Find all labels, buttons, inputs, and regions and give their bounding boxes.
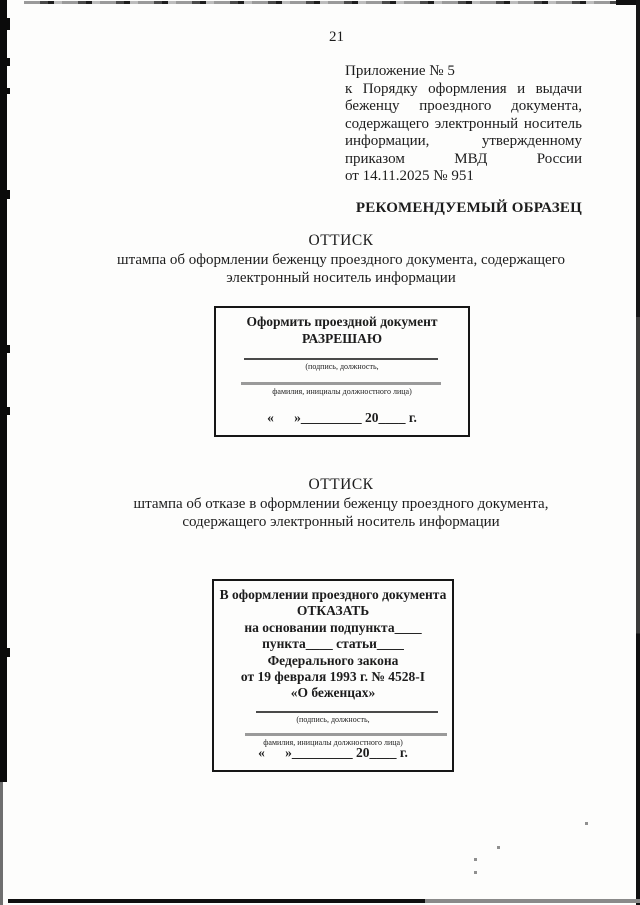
scan-notch [6, 58, 10, 66]
stamp2-line: В оформлении проездного документа [214, 587, 452, 603]
stamp2-line: пункта____ статьи____ [214, 636, 452, 652]
stamp2-line: «О беженцах» [214, 685, 452, 701]
stamp-refusal-box: В оформлении проездного документа ОТКАЗА… [212, 579, 454, 772]
scan-edge-left [0, 0, 7, 782]
stamp2-date-line: « »_________ 20____ г. [214, 745, 452, 761]
stamp2-text-block: В оформлении проездного документа ОТКАЗА… [214, 587, 452, 702]
signature-caption: фамилия, инициалы должностного лица) [216, 387, 468, 396]
section2-subtitle-line: содержащего электронный носитель информа… [60, 513, 622, 531]
scan-edge-right [636, 0, 640, 905]
scan-edge-left-lower [0, 782, 3, 905]
page-number: 21 [329, 29, 344, 46]
stamp1-title-line: Оформить проездной документ [216, 314, 468, 330]
scanned-document-page: 21 Приложение № 5 к Порядку оформления и… [0, 0, 640, 905]
scan-speck [474, 871, 477, 874]
section2-subtitle-line: штампа об отказе в оформлении беженцу пр… [60, 495, 622, 513]
appendix-line: беженцу проездного документа, [345, 98, 582, 116]
appendix-line: от 14.11.2025 № 951 [345, 168, 582, 186]
stamp2-line: Федерального закона [214, 653, 452, 669]
stamp1-date-line: « »_________ 20____ г. [216, 410, 468, 426]
stamp1-title-line: РАЗРЕШАЮ [216, 331, 468, 347]
scan-notch [6, 88, 10, 94]
scan-edge-top [24, 1, 640, 4]
scan-notch [6, 648, 10, 657]
signature-line [245, 733, 447, 736]
scan-notch [6, 18, 10, 30]
signature-line [244, 358, 438, 360]
scan-speck [585, 822, 588, 825]
section1-title: ОТТИСК [60, 232, 622, 250]
appendix-line: приказом МВД России [345, 151, 582, 169]
stamp-permission-box: Оформить проездной документ РАЗРЕШАЮ (по… [214, 306, 470, 437]
section1-subtitle-line: электронный носитель информации [60, 269, 622, 287]
appendix-line: информации, утвержденному [345, 133, 582, 151]
scan-edge-bottom [8, 899, 640, 903]
signature-caption: (подпись, должность, [216, 362, 468, 371]
appendix-line: Приложение № 5 [345, 63, 582, 81]
scan-speck [474, 858, 477, 861]
signature-line [241, 382, 441, 385]
signature-line [256, 711, 438, 713]
scan-speck [497, 846, 500, 849]
appendix-reference-block: Приложение № 5 к Порядку оформления и вы… [345, 63, 582, 186]
section1-subtitle-line: штампа об оформлении беженцу проездного … [60, 251, 622, 269]
section2-title: ОТТИСК [60, 476, 622, 494]
stamp2-line: ОТКАЗАТЬ [214, 603, 452, 619]
stamp2-line: от 19 февраля 1993 г. № 4528-I [214, 669, 452, 685]
scan-notch [6, 190, 10, 199]
appendix-line: к Порядку оформления и выдачи [345, 81, 582, 99]
appendix-line: содержащего электронный носитель [345, 116, 582, 134]
stamp2-line: на основании подпункта____ [214, 620, 452, 636]
scan-notch [6, 345, 10, 353]
scan-notch [6, 407, 10, 415]
recommended-sample-label: РЕКОМЕНДУЕМЫЙ ОБРАЗЕЦ [345, 200, 582, 217]
signature-caption: (подпись, должность, [214, 715, 452, 724]
